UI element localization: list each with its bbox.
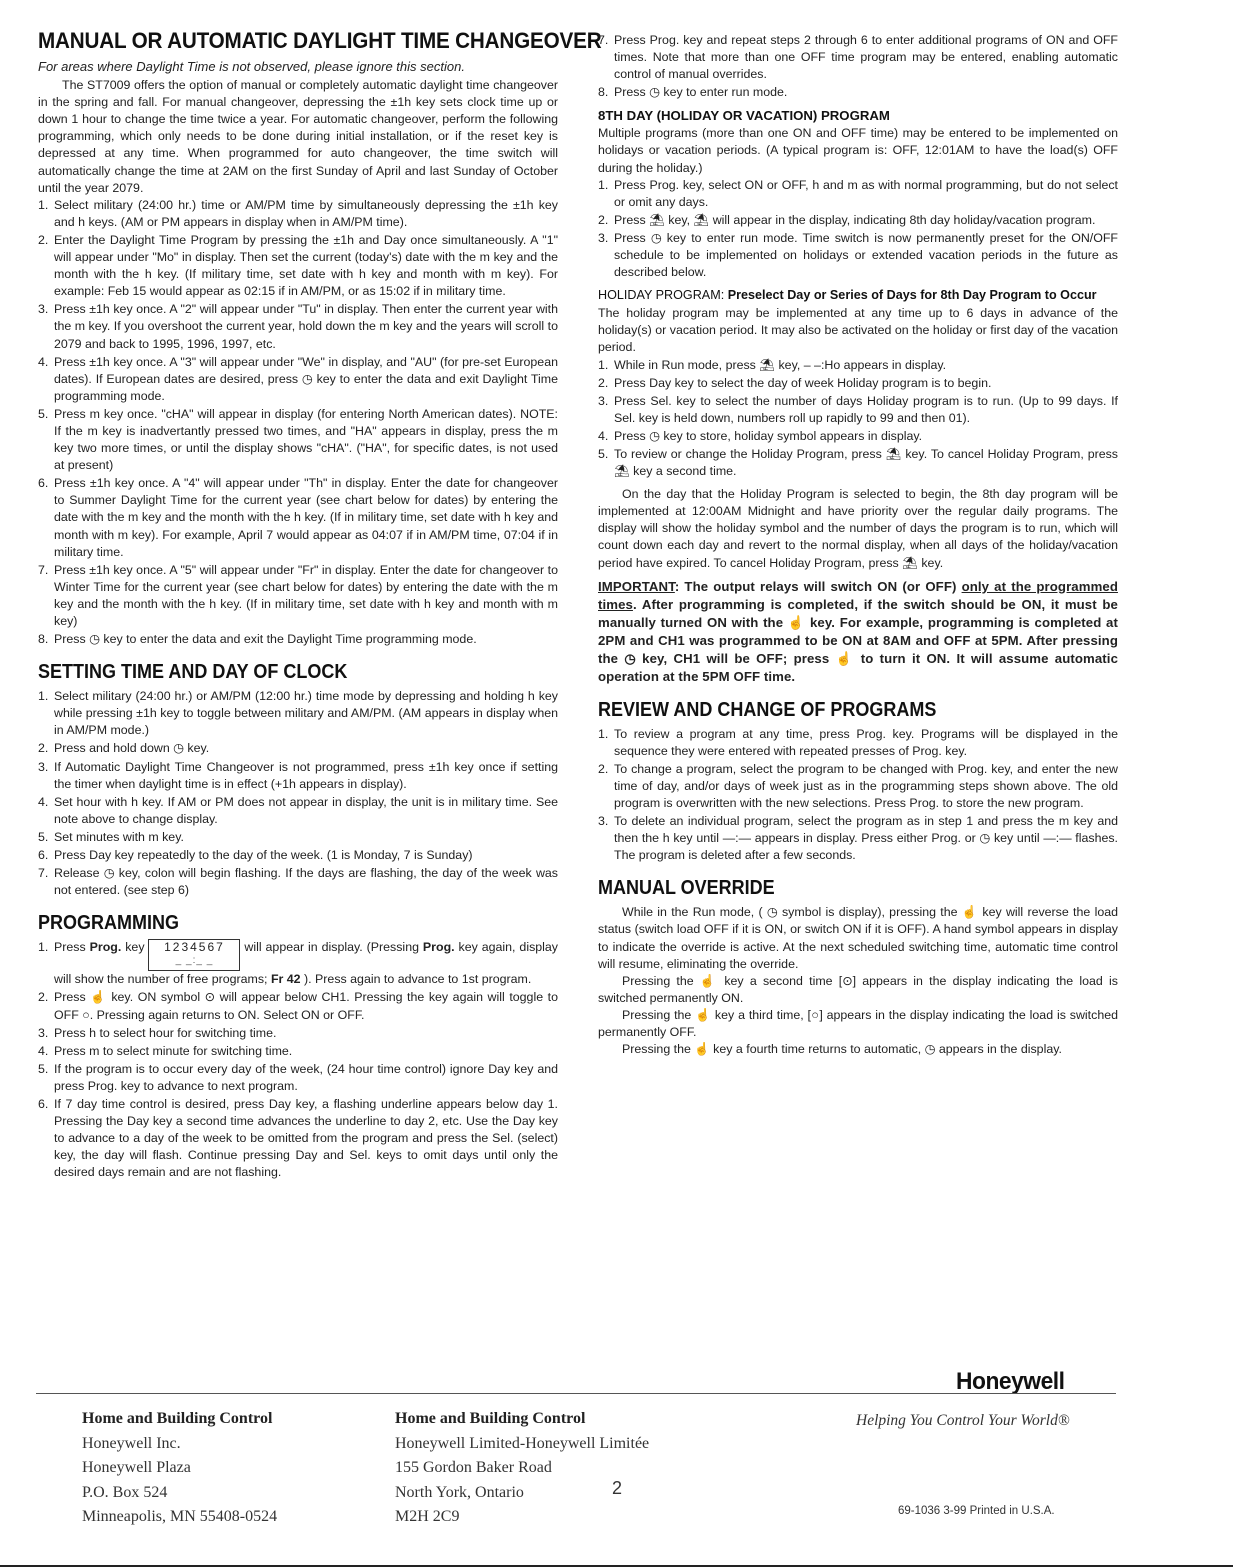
important-notice: IMPORTANT: The output relays will switch… (598, 578, 1118, 686)
right-column: 7.Press Prog. key and repeat steps 2 thr… (598, 32, 1118, 1058)
holiday-intro: The holiday program may be implemented a… (598, 305, 1118, 356)
clock-step: 5.Set minutes with m key. (38, 829, 558, 846)
eighth-day-steps: 1.Press Prog. key, select ON or OFF, h a… (598, 177, 1118, 282)
page-bottom-border (0, 1565, 1233, 1567)
manual-override-section: MANUAL OVERRIDE While in the Run mode, (… (598, 876, 1118, 1058)
programming-steps-continued: 7.Press Prog. key and repeat steps 2 thr… (598, 32, 1118, 101)
clock-step: 3.If Automatic Daylight Time Changeover … (38, 759, 558, 793)
eighth-day-step: 1.Press Prog. key, select ON or OFF, h a… (598, 177, 1118, 211)
programming-steps: 1. Press Prog. key 1234567 _ _:_ _ will … (38, 939, 558, 1181)
review-step: 2.To change a program, select the progra… (598, 761, 1118, 812)
eighth-day-section: 8TH DAY (HOLIDAY OR VACATION) PROGRAM Mu… (598, 107, 1118, 281)
daylight-subtitle: For areas where Daylight Time is not obs… (38, 58, 558, 75)
canada-office-address: Home and Building Control Honeywell Limi… (395, 1407, 649, 1530)
holiday-program-section: HOLIDAY PROGRAM: Preselect Day or Series… (598, 287, 1118, 571)
lcd-display-illustration: 1234567 _ _:_ _ (148, 939, 240, 971)
daylight-step: 4.Press ±1h key once. A "3" will appear … (38, 354, 558, 405)
override-para: While in the Run mode, ( ◷ symbol is dis… (598, 904, 1118, 972)
programming-step: 1. Press Prog. key 1234567 _ _:_ _ will … (38, 939, 558, 988)
holiday-step: 3.Press Sel. key to select the number of… (598, 393, 1118, 427)
clock-step: 4.Set hour with h key. If AM or PM does … (38, 794, 558, 828)
clock-step: 6.Press Day key repeatedly to the day of… (38, 847, 558, 864)
section-title-override: MANUAL OVERRIDE (598, 876, 1066, 900)
holiday-body: On the day that the Holiday Program is s… (598, 486, 1118, 571)
override-para: Pressing the ☝ key a fourth time returns… (598, 1041, 1118, 1058)
programming-section: PROGRAMMING 1. Press Prog. key 1234567 _… (38, 911, 558, 1181)
left-column: MANUAL OR AUTOMATIC DAYLIGHT TIME CHANGE… (38, 28, 558, 1182)
footer-divider (36, 1393, 1116, 1394)
section-title-eighth-day: 8TH DAY (HOLIDAY OR VACATION) PROGRAM (598, 107, 1118, 124)
holiday-step: 2.Press Day key to select the day of wee… (598, 375, 1118, 392)
tagline: Helping You Control Your World® (856, 1412, 1070, 1430)
eighth-day-intro: Multiple programs (more than one ON and … (598, 125, 1118, 176)
clock-step: 2.Press and hold down ◷ key. (38, 740, 558, 757)
setting-clock-section: SETTING TIME AND DAY OF CLOCK 1.Select m… (38, 660, 558, 899)
daylight-step: 6.Press ±1h key once. A "4" will appear … (38, 475, 558, 560)
programming-step: 3.Press h to select hour for switching t… (38, 1025, 558, 1042)
programming-step: 7.Press Prog. key and repeat steps 2 thr… (598, 32, 1118, 83)
review-step: 1.To review a program at any time, press… (598, 726, 1118, 760)
holiday-step: 1.While in Run mode, press ⛱ key, – –:Ho… (598, 357, 1118, 374)
eighth-day-step: 3.Press ◷ key to enter run mode. Time sw… (598, 230, 1118, 281)
clock-step: 7.Release ◷ key, colon will begin flashi… (38, 865, 558, 899)
override-para: Pressing the ☝ key a third time, [○] app… (598, 1007, 1118, 1041)
section-title-daylight: MANUAL OR AUTOMATIC DAYLIGHT TIME CHANGE… (38, 28, 527, 54)
holiday-step: 4.Press ◷ key to store, holiday symbol a… (598, 428, 1118, 445)
section-title-programming: PROGRAMMING (38, 911, 506, 935)
programming-step: 8.Press ◷ key to enter run mode. (598, 84, 1118, 101)
holiday-step: 5.To review or change the Holiday Progra… (598, 446, 1118, 480)
daylight-step: 8.Press ◷ key to enter the data and exit… (38, 631, 558, 648)
document-number: 69-1036 3-99 Printed in U.S.A. (898, 1505, 1055, 1517)
section-title-clock: SETTING TIME AND DAY OF CLOCK (38, 660, 506, 684)
us-office-address: Home and Building Control Honeywell Inc.… (82, 1407, 277, 1530)
review-steps: 1.To review a program at any time, press… (598, 726, 1118, 865)
programming-step: 6.If 7 day time control is desired, pres… (38, 1096, 558, 1181)
daylight-changeover-section: MANUAL OR AUTOMATIC DAYLIGHT TIME CHANGE… (38, 28, 558, 648)
clock-step: 1.Select military (24:00 hr.) or AM/PM (… (38, 688, 558, 739)
review-step: 3.To delete an individual program, selec… (598, 813, 1118, 864)
section-title-holiday: HOLIDAY PROGRAM: Preselect Day or Series… (598, 287, 1118, 304)
programming-step: 2.Press ☝ key. ON symbol ⊙ will appear b… (38, 989, 558, 1023)
daylight-step: 2.Enter the Daylight Time Program by pre… (38, 232, 558, 300)
daylight-step: 1.Select military (24:00 hr.) time or AM… (38, 197, 558, 231)
daylight-steps: 1.Select military (24:00 hr.) time or AM… (38, 197, 558, 648)
eighth-day-step: 2.Press ⛱ key, ⛱ will appear in the disp… (598, 212, 1118, 229)
holiday-steps: 1.While in Run mode, press ⛱ key, – –:Ho… (598, 357, 1118, 481)
review-section: REVIEW AND CHANGE OF PROGRAMS 1.To revie… (598, 698, 1118, 865)
clock-steps: 1.Select military (24:00 hr.) or AM/PM (… (38, 688, 558, 899)
daylight-intro: The ST7009 offers the option of manual o… (38, 77, 558, 197)
daylight-step: 7.Press ±1h key once. A "5" will appear … (38, 562, 558, 630)
programming-step: 4.Press m to select minute for switching… (38, 1043, 558, 1060)
page-number: 2 (612, 1478, 622, 1499)
section-title-review: REVIEW AND CHANGE OF PROGRAMS (598, 698, 1066, 722)
programming-step: 5.If the program is to occur every day o… (38, 1061, 558, 1095)
override-para: Pressing the ☝ key a second time [⊙] app… (598, 973, 1118, 1007)
daylight-step: 5.Press m key once. "cHA" will appear in… (38, 406, 558, 474)
honeywell-logo: Honeywell (956, 1368, 1064, 1396)
daylight-step: 3.Press ±1h key once. A "2" will appear … (38, 301, 558, 352)
